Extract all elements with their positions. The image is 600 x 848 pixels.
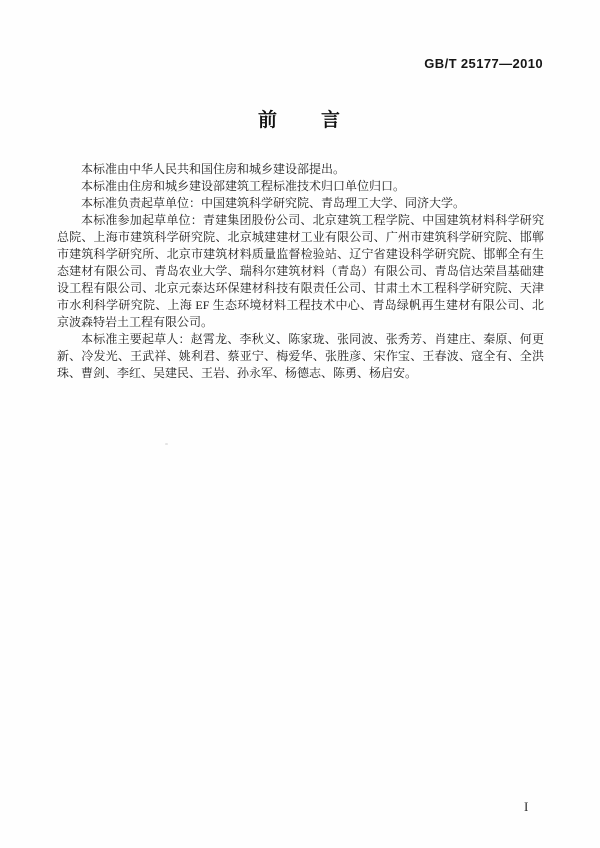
page-title: 前 言 xyxy=(0,105,600,132)
page-number: I xyxy=(524,799,528,815)
document-page: GB/T 25177—2010 前 言 本标准由中华人民共和国住房和城乡建设部提… xyxy=(0,0,600,848)
paragraph-centralized-unit: 本标准由住房和城乡建设部建筑工程标准技术归口单位归口。 xyxy=(57,178,544,195)
scan-speck xyxy=(165,443,168,445)
paragraph-issuer: 本标准由中华人民共和国住房和城乡建设部提出。 xyxy=(57,161,544,178)
paragraph-main-drafters: 本标准主要起草人：赵霄龙、李秋义、陈家珑、张同波、张秀芳、肖建庄、秦原、何更新、… xyxy=(57,331,544,382)
paragraph-participating-organizations: 本标准参加起草单位：青建集团股份公司、北京建筑工程学院、中国建筑材料科学研究总院… xyxy=(57,212,544,331)
standard-number: GB/T 25177—2010 xyxy=(424,56,543,71)
paragraph-chief-drafting-organizations: 本标准负责起草单位：中国建筑科学研究院、青岛理工大学、同济大学。 xyxy=(57,195,544,212)
scan-speck xyxy=(352,182,355,184)
foreword-body: 本标准由中华人民共和国住房和城乡建设部提出。 本标准由住房和城乡建设部建筑工程标… xyxy=(57,161,544,382)
